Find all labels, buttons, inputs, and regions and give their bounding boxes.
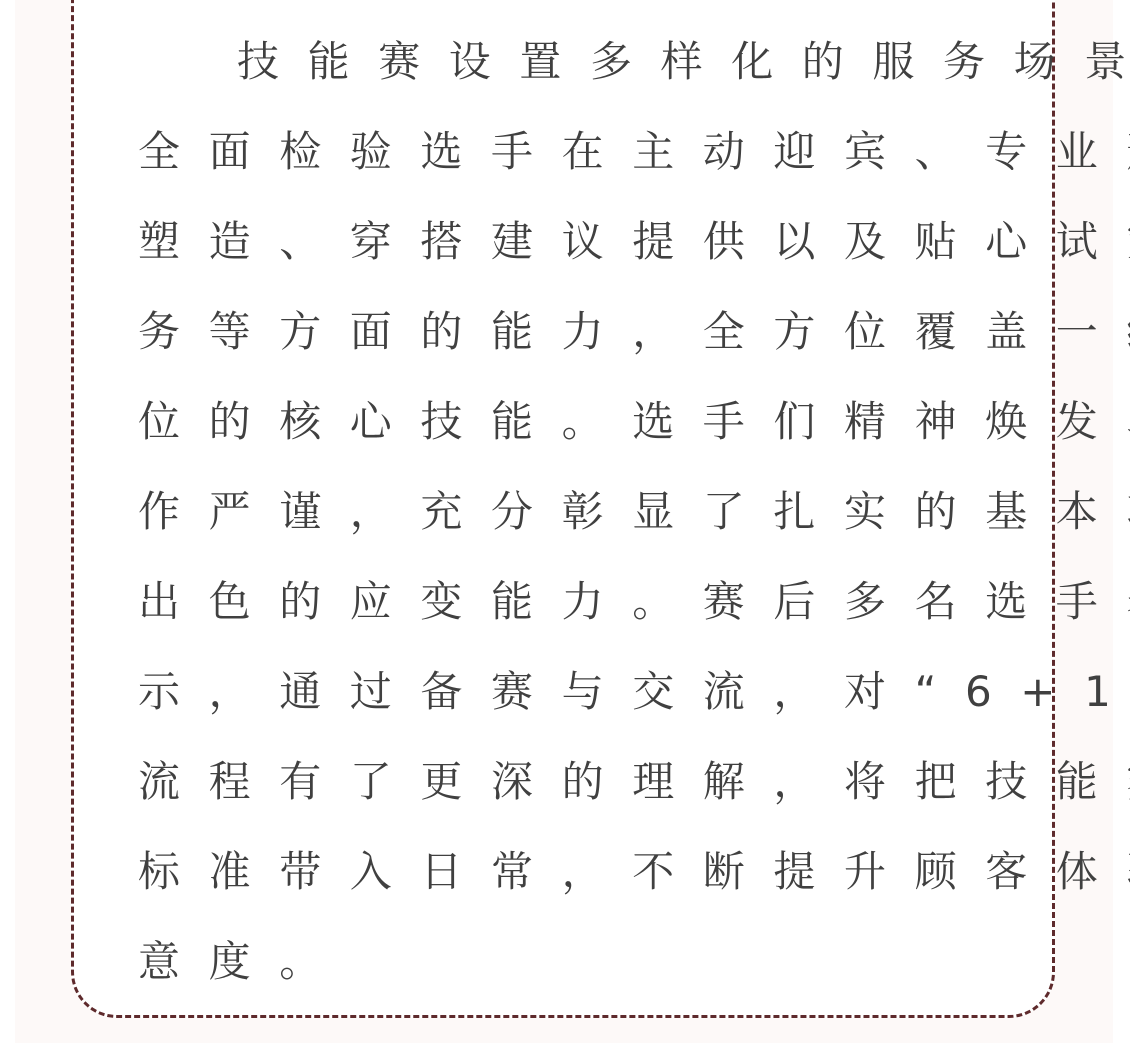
paragraph-line: 流程有了更深的理解，将把技能赛的	[138, 737, 1018, 827]
paragraph-line: 务等方面的能力，全方位覆盖一线岗	[138, 287, 1018, 377]
paragraph-line: 位的核心技能。选手们精神焕发、操	[138, 377, 1018, 467]
article-paragraph: 技能赛设置多样化的服务场景， 全面检验选手在主动迎宾、专业形象 塑造、穿搭建议提…	[138, 17, 1018, 1007]
paragraph-line: 出色的应变能力。赛后多名选手表	[138, 557, 1018, 647]
paragraph-line: 意度。	[138, 917, 1018, 1007]
paragraph-line: 技能赛设置多样化的服务场景，	[138, 17, 1018, 107]
paragraph-line: 示，通过备赛与交流，对“6+1”服务	[138, 647, 1018, 737]
paragraph-line: 标准带入日常，不断提升顾客体验满	[138, 827, 1018, 917]
paragraph-line: 全面检验选手在主动迎宾、专业形象	[138, 107, 1018, 197]
paragraph-line: 塑造、穿搭建议提供以及贴心试穿服	[138, 197, 1018, 287]
paragraph-line: 作严谨，充分彰显了扎实的基本功和	[138, 467, 1018, 557]
